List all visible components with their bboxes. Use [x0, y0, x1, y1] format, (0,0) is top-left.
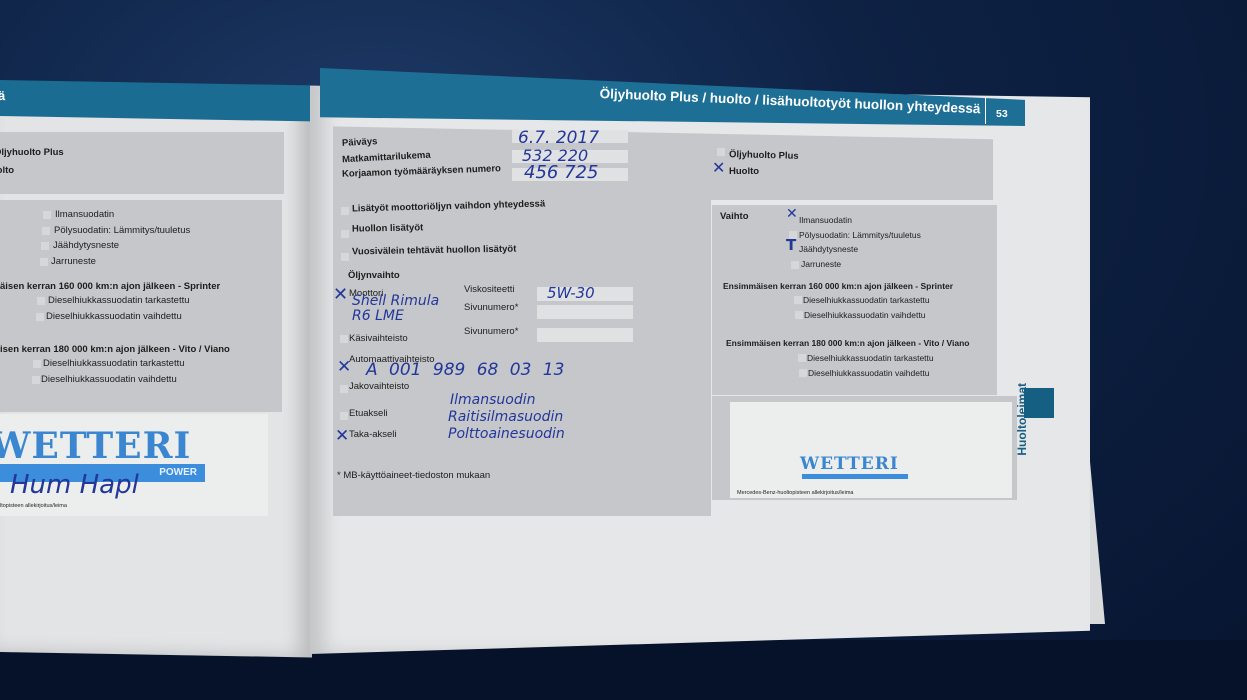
sprinter-title: Ensimmäisen kerran 160 000 km:n ajon jäl… [723, 281, 953, 291]
service-booklet: ä Öljyhuolto Plus Huolto Ilmansuodatin P… [0, 0, 1247, 700]
check-x-mark: ✕ [335, 426, 349, 446]
page-number-label: Sivunumero* [464, 326, 518, 337]
checkbox[interactable] [798, 354, 806, 362]
checkbox-oljyhuolto-plus[interactable] [717, 148, 725, 156]
left-stamp-logo: WETTERI [0, 425, 191, 467]
check-x-mark: ✕ [786, 206, 798, 222]
checkbox[interactable] [36, 313, 44, 321]
front-axle-label: Etuakseli [349, 408, 388, 419]
handwritten-item: Raitisilmasuodin [448, 409, 563, 425]
replacement-item: Jarruneste [801, 259, 841, 269]
checkbox[interactable] [340, 385, 348, 393]
checkbox[interactable] [340, 335, 348, 343]
checkbox[interactable] [341, 253, 349, 261]
vito-title: Ensimmäisen kerran 180 000 km:n ajon jäl… [726, 338, 969, 348]
stamp-caption: Mercedes-Benz-huoltopisteen allekirjoitu… [737, 490, 853, 496]
page-number-label: Sivunumero* [464, 302, 518, 313]
check-x-mark: ✕ [712, 158, 725, 177]
manual-gearbox-label: Käsivaihteisto [349, 333, 408, 344]
rear-axle-label: Taka-akseli [349, 429, 397, 440]
viscosity-value: 5W-30 [547, 284, 595, 302]
page-number-field-1[interactable] [537, 305, 633, 319]
checkbox[interactable] [33, 360, 41, 368]
left-header-fragment: ä [0, 88, 5, 103]
left-item: Dieselhiukkassuodatin vaihdettu [41, 374, 177, 385]
check-t-mark: T [786, 236, 796, 254]
vito-item: Dieselhiukkassuodatin tarkastettu [807, 353, 934, 363]
stamp-logo: WETTERI [800, 454, 899, 474]
replacement-item: Pölysuodatin: Lämmitys/tuuletus [799, 230, 921, 240]
replacement-item: Jäähdytysneste [799, 244, 858, 254]
left-item: Jäähdytysneste [53, 240, 119, 251]
side-tab-marker [1024, 388, 1054, 418]
sprinter-item: Dieselhiukkassuodatin tarkastettu [803, 295, 930, 305]
handwritten-item: Ilmansuodin [450, 392, 536, 408]
vito-item: Dieselhiukkassuodatin vaihdettu [808, 368, 929, 378]
extra-work-item: Huollon lisätyöt [352, 222, 423, 234]
checkbox[interactable] [340, 412, 348, 420]
date-value: 6.7. 2017 [518, 128, 599, 148]
service-huolto-label: Huolto [729, 166, 759, 177]
left-item: Dieselhiukkassuodatin tarkastettu [48, 295, 190, 306]
header-divider [985, 98, 986, 124]
stamp-bar [802, 474, 908, 479]
viscosity-label: Viskositeetti [464, 284, 515, 295]
checkbox[interactable] [341, 230, 349, 238]
checkbox[interactable] [40, 258, 48, 266]
checkbox[interactable] [42, 227, 50, 235]
checkbox[interactable] [799, 369, 807, 377]
left-item: Jarruneste [51, 256, 96, 267]
checkbox[interactable] [341, 207, 349, 215]
replacement-title: Vaihto [720, 211, 749, 222]
checkbox[interactable] [41, 242, 49, 250]
left-item: Dieselhiukkassuodatin tarkastettu [43, 358, 185, 369]
automatic-gearbox-note: A 001 989 68 03 13 [366, 360, 564, 380]
checkbox[interactable] [791, 261, 799, 269]
page-number-field-2[interactable] [537, 328, 633, 342]
footnote: * MB-käyttöaineet-tiedoston mukaan [337, 470, 490, 481]
left-vito-title: isen kerran 180 000 km:n ajon jälkeen - … [0, 344, 230, 355]
checkbox[interactable] [37, 297, 45, 305]
left-header-band: ä [0, 80, 318, 122]
checkbox[interactable] [43, 211, 51, 219]
checkbox[interactable] [795, 311, 803, 319]
checkbox[interactable] [32, 376, 40, 384]
left-item: Ilmansuodatin [55, 209, 114, 220]
work-order-value: 456 725 [524, 162, 598, 183]
left-service-type-box [0, 132, 284, 194]
left-sprinter-title: äisen kerran 160 000 km:n ajon jälkeen -… [0, 281, 220, 292]
left-item: Pölysuodatin: Lämmitys/tuuletus [54, 225, 190, 236]
left-signature: Hum Hapl [10, 470, 139, 500]
check-x-mark: ✕ [333, 284, 348, 305]
oil-change-title: Öljynvaihto [348, 270, 400, 281]
transfer-case-label: Jakovaihteisto [349, 381, 409, 392]
handwritten-item: Polttoainesuodin [448, 426, 565, 442]
stamp-area [730, 402, 1012, 498]
motor-oil-note: Shell Rimula R6 LME [352, 294, 452, 324]
left-item: Dieselhiukkassuodatin vaihdettu [46, 311, 182, 322]
left-service-plus: Öljyhuolto Plus [0, 147, 64, 158]
side-tab[interactable]: Huoltoleimat [1015, 280, 1029, 390]
page-number: 53 [996, 108, 1008, 120]
service-plus-label: Öljyhuolto Plus [729, 149, 799, 162]
left-service-huolto: Huolto [0, 165, 14, 176]
left-stamp-caption: ltopisteen allekirjoitus/leima [0, 503, 67, 509]
checkbox[interactable] [794, 296, 802, 304]
replacement-item: Ilmansuodatin [799, 215, 852, 225]
date-label: Päiväys [342, 136, 378, 149]
sprinter-item: Dieselhiukkassuodatin vaihdettu [804, 310, 925, 320]
